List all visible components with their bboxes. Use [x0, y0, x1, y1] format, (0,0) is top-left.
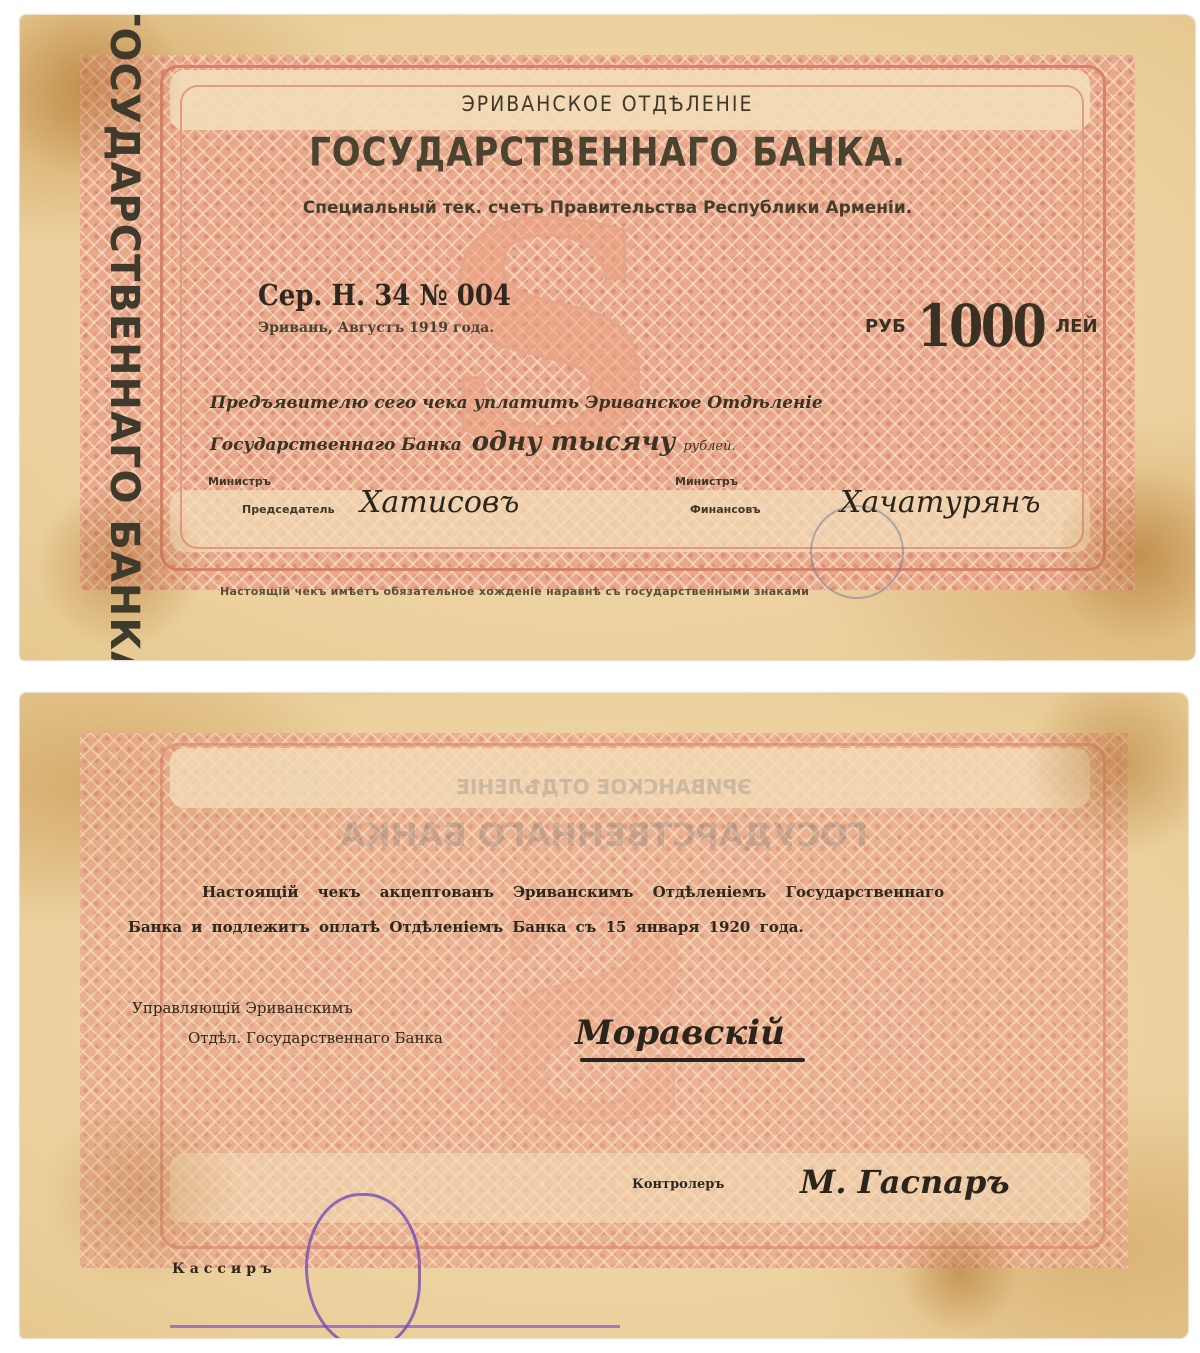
bearer-line-2: Государственнаго Банкаодну тысячурублей. [210, 427, 736, 457]
manager-label-1: Управляющій Эриванскимъ [132, 999, 353, 1017]
controller-label: Контролеръ [632, 1177, 724, 1192]
acceptance-line-2: Банка и подлежитъ оплатѣ Отдѣленіемъ Бан… [128, 918, 804, 936]
serial-number: Сер. Н. 34 № 004 [258, 280, 511, 313]
left-signature-label-2: Председатель [242, 503, 335, 516]
banknote-front: S ГОСУДАРСТВЕННАГО БАНКА ЭРИВАНСКОЕ ОТДѢ… [20, 15, 1195, 660]
left-signature: Хатисовъ [360, 485, 519, 520]
showthrough-bank: ГОСУДАРСТВЕННАГО БАНКА [20, 816, 1188, 854]
acceptance-line-1: Настоящій чекъ акцептованъ Эриванскимъ О… [202, 883, 944, 901]
controller-signature: М. Гаспаръ [800, 1163, 1010, 1201]
stain [900, 1213, 1020, 1333]
left-signature-label-1: Министръ [208, 475, 271, 488]
purple-ink-line [170, 1325, 620, 1328]
amount-unit: рублей. [683, 439, 735, 454]
place-date: Эривань, Августъ 1919 года. [258, 320, 494, 336]
denomination-suffix: ЛЕЙ [1055, 316, 1097, 337]
amount-words: одну тысячу [472, 427, 676, 457]
bearer-line-1: Предъявителю сего чека уплатить Эриванск… [210, 393, 823, 413]
manager-label-2: Отдѣл. Государственнаго Банка [188, 1029, 443, 1047]
right-signature-label-1: Министръ [675, 475, 738, 488]
right-signature: Хачатурянъ [840, 485, 1040, 520]
banknote-back: S ЭРИВАНСКОЕ ОТДѢЛЕНІЕ ГОСУДАРСТВЕННАГО … [20, 693, 1188, 1338]
manager-signature: Моравскій [575, 1013, 785, 1053]
bank-title: ГОСУДАРСТВЕННАГО БАНКА. [20, 130, 1195, 176]
denomination: РУБ 1000 ЛЕЙ [865, 297, 1098, 355]
purple-ink-stamp [305, 1193, 421, 1338]
bearer-bank: Государственнаго Банка [210, 435, 462, 455]
account-subtitle: Специальный тек. счетъ Правительства Рес… [20, 198, 1195, 218]
cashier-label: Кассиръ [172, 1261, 277, 1277]
vertical-bank-text: ГОСУДАРСТВЕННАГО БАНКА [100, 127, 148, 557]
department-title: ЭРИВАНСКОЕ ОТДѢЛЕНІЕ [20, 92, 1195, 116]
showthrough-department: ЭРИВАНСКОЕ ОТДѢЛЕНІЕ [20, 775, 1188, 799]
signature-underline [580, 1058, 805, 1062]
denomination-prefix: РУБ [865, 316, 906, 337]
denomination-value: 1000 [917, 297, 1044, 355]
right-signature-label-2: Финансовъ [690, 503, 761, 516]
footer-text: Настоящій чекъ имѣетъ обязательное хожде… [220, 585, 809, 598]
